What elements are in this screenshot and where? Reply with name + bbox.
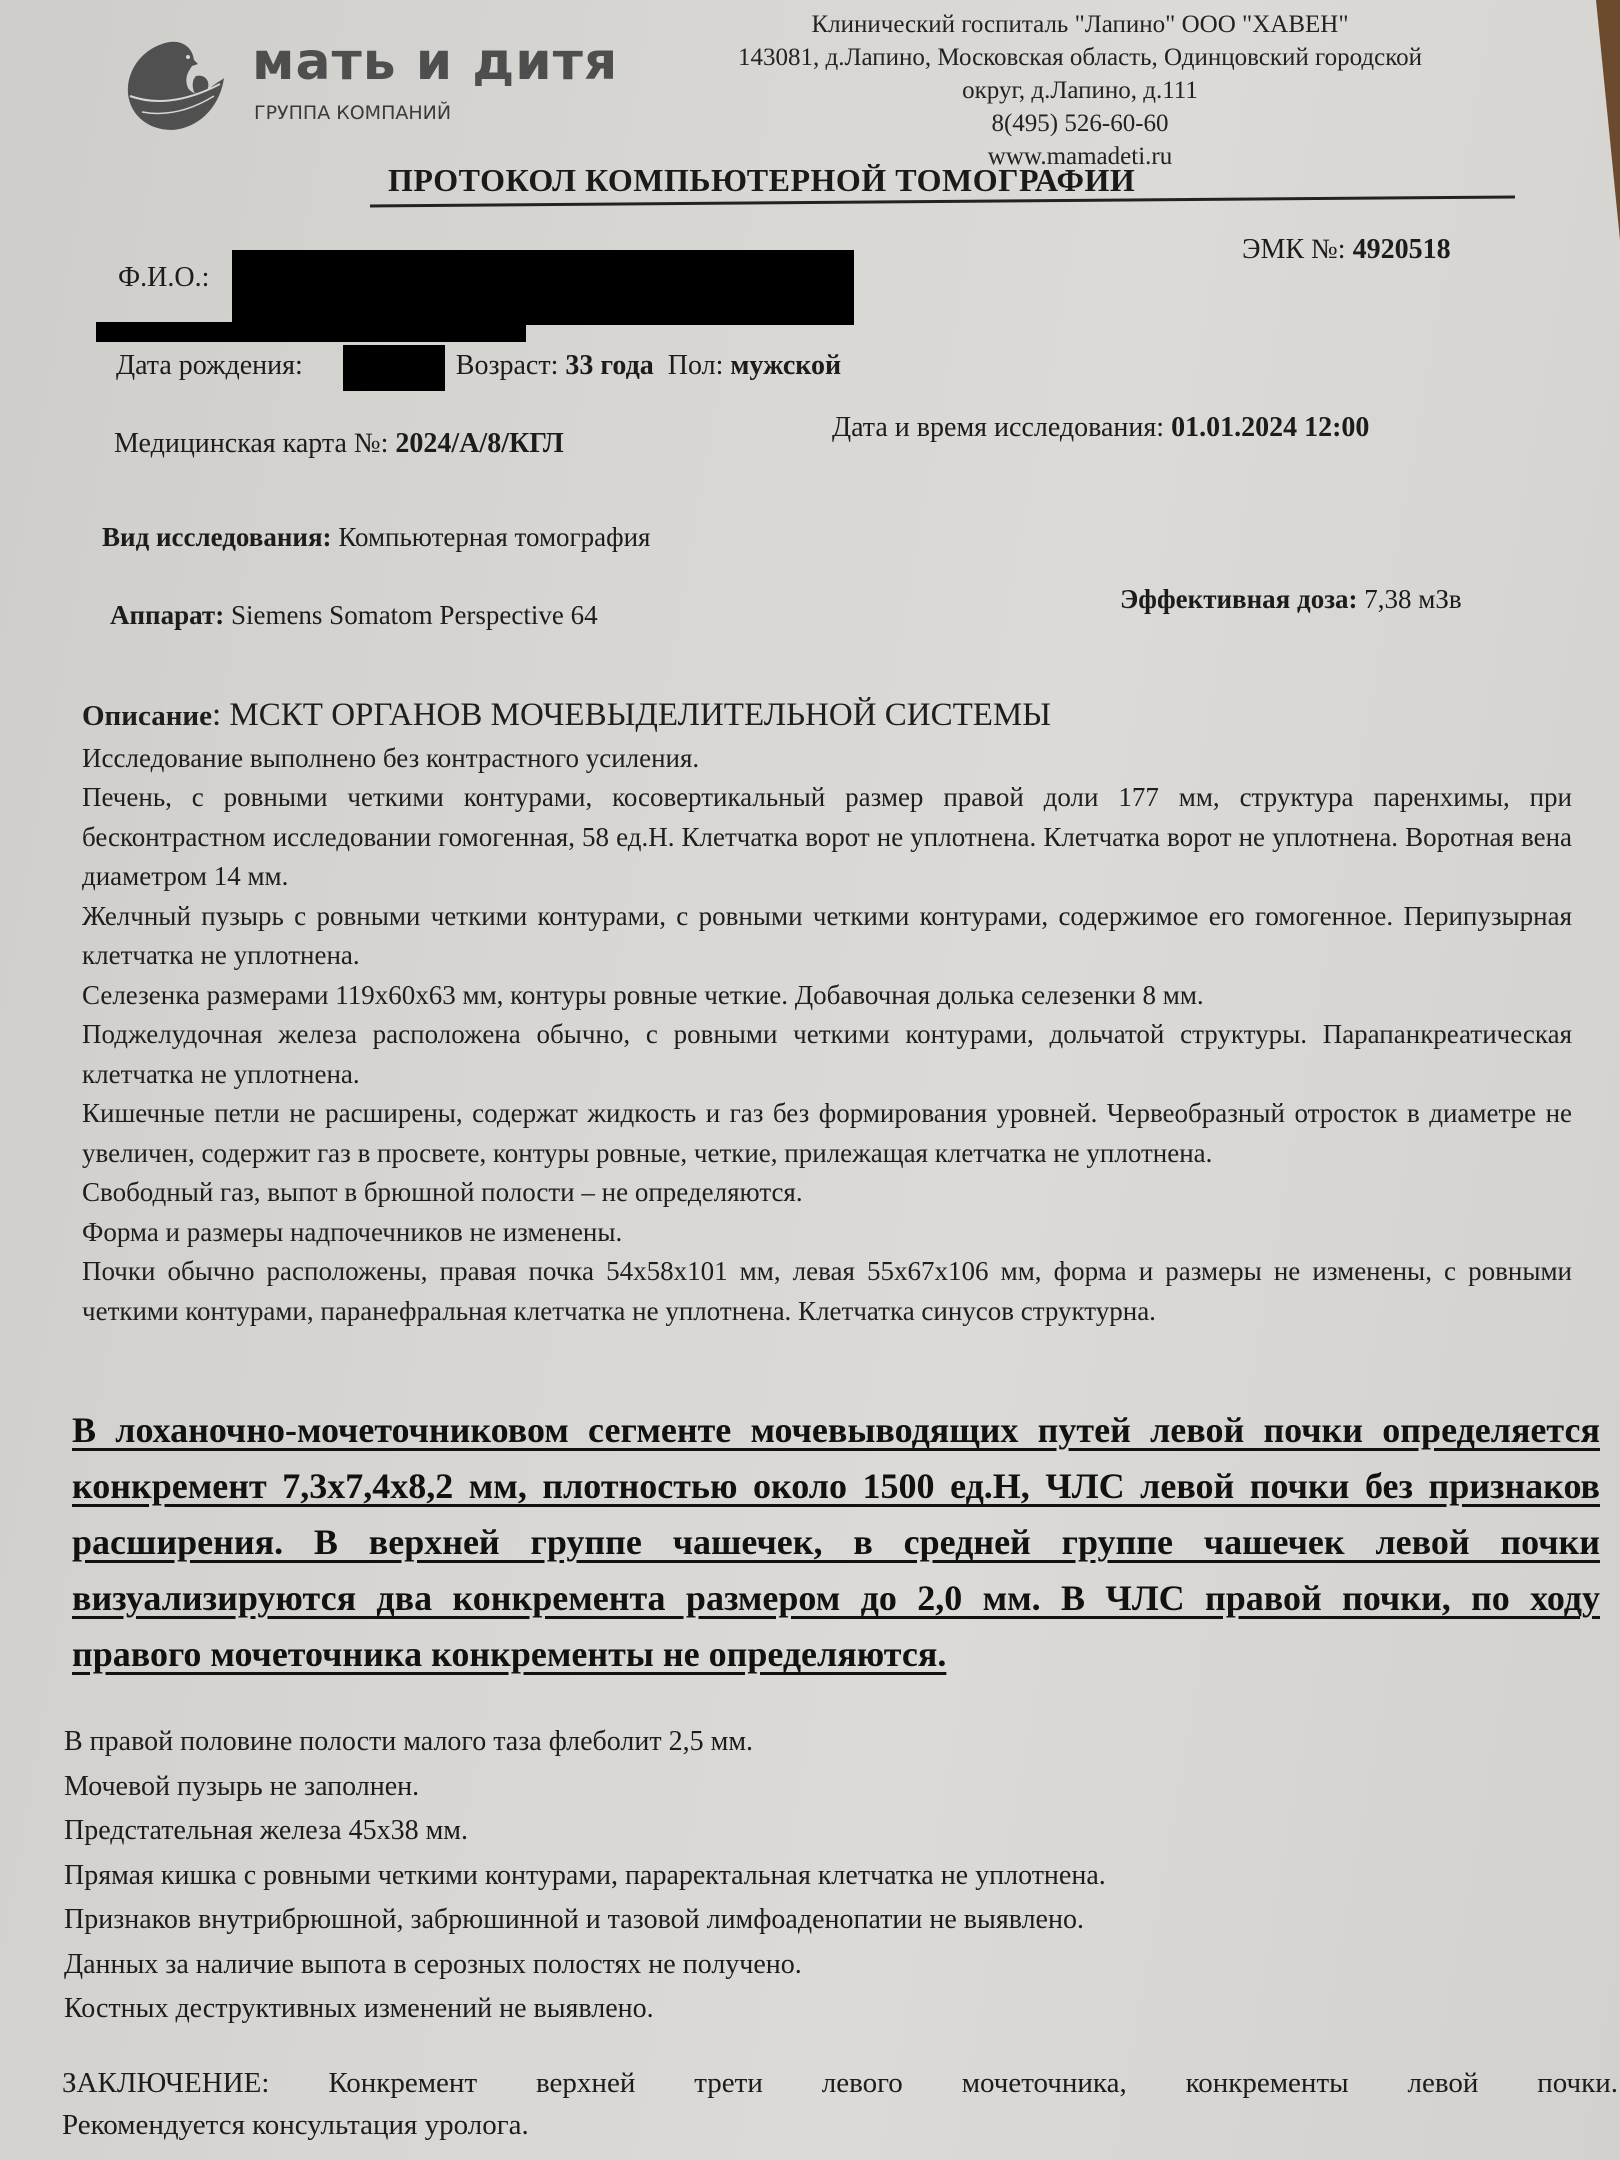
age-value: 33 года [565,350,653,381]
exam-type-label: Вид исследования: [102,522,332,552]
description-paragraph: Исследование выполнено без контрастного … [82,739,1572,779]
dose-value: 7,38 мЗв [1364,584,1461,614]
tail-line: Предстательная железа 45x38 мм. [64,1809,1604,1854]
description-paragraph: Свободный газ, выпот в брюшной полости –… [82,1173,1572,1213]
highlighted-finding: В лоханочно-мочеточниковом сегменте моче… [72,1402,1600,1682]
description-paragraph: Поджелудочная железа расположена обычно,… [82,1015,1572,1094]
conclusion-recommendation: Рекомендуется консультация уролога. [62,2104,1618,2146]
conclusion-label: ЗАКЛЮЧЕНИЕ: [62,2067,269,2099]
description-paragraph: Желчный пузырь с ровными четкими контура… [82,897,1572,976]
hospital-address-line2: округ, д.Лапино, д.111 [680,74,1480,107]
hospital-info: Клинический госпиталь "Лапино" ООО "ХАВЕ… [680,8,1480,173]
tail-line: В правой половине полости малого таза фл… [64,1720,1604,1765]
emk-field: ЭМК №: 4920518 [1242,234,1451,266]
device-value: Siemens Somatom Perspective 64 [231,600,598,630]
exam-datetime-label: Дата и время исследования: [832,412,1164,443]
hospital-address-line1: 143081, д.Лапино, Московская область, Од… [680,41,1480,74]
emk-value: 4920518 [1353,234,1451,265]
card-value: 2024/А/8/КГЛ [395,428,563,459]
dose-field: Эффективная доза: 7,38 мЗв [1120,584,1462,615]
description-label: Описание [82,700,212,732]
hospital-phone: 8(495) 526-60-60 [680,107,1480,140]
patient-name-label: Ф.И.О.: [118,262,209,294]
brand-name: мать и дитя [252,36,618,88]
hospital-name: Клинический госпиталь "Лапино" ООО "ХАВЕ… [680,8,1480,41]
description-paragraph: Селезенка размерами 119x60x63 мм, контур… [82,976,1572,1016]
tail-line: Данных за наличие выпота в серозных поло… [64,1943,1604,1988]
dose-label: Эффективная доза: [1120,584,1358,614]
birth-label: Дата рождения: [116,350,303,381]
exam-type-value: Компьютерная томография [338,522,650,552]
redaction-name [232,250,854,325]
brand-subtitle: ГРУППА КОМПАНИЙ [254,102,618,124]
brand-logo: мать и дитя ГРУППА КОМПАНИЙ [122,36,618,134]
description-paragraph: Кишечные петли не расширены, содержат жи… [82,1094,1572,1173]
exam-type-field: Вид исследования: Компьютерная томографи… [102,522,650,553]
description-paragraph: Печень, с ровными четкими контурами, кос… [82,778,1572,897]
sex-label: Пол: [668,350,724,381]
exam-datetime-value: 01.01.2024 12:00 [1171,412,1369,443]
card-label: Медицинская карта №: [114,428,388,459]
exam-datetime-field: Дата и время исследования: 01.01.2024 12… [832,412,1369,444]
medical-card-field: Медицинская карта №: 2024/А/8/КГЛ [114,428,564,460]
tail-line: Костных деструктивных изменений не выявл… [64,1987,1604,2032]
description-title: МСКТ ОРГАНОВ МОЧЕВЫДЕЛИТЕЛЬНОЙ СИСТЕМЫ [229,697,1051,733]
redaction-birth-date [343,345,445,391]
description-section: Описание: МСКТ ОРГАНОВ МОЧЕВЫДЕЛИТЕЛЬНОЙ… [82,696,1572,1331]
description-paragraph: Почки обычно расположены, правая почка 5… [82,1252,1572,1331]
mother-and-child-birds-icon [122,36,226,134]
redaction-name-2 [96,322,526,342]
highlighted-finding-text: В лоханочно-мочеточниковом сегменте моче… [72,1410,1600,1674]
tail-line: Признаков внутрибрюшной, забрюшинной и т… [64,1898,1604,1943]
device-field: Аппарат: Siemens Somatom Perspective 64 [110,600,598,631]
description-paragraph: Форма и размеры надпочечников не изменен… [82,1213,1572,1253]
description-heading: Описание: МСКТ ОРГАНОВ МОЧЕВЫДЕЛИТЕЛЬНОЙ… [82,696,1572,737]
description-tail: В правой половине полости малого таза фл… [64,1720,1604,2032]
sex-value: мужской [730,350,841,381]
conclusion-section: ЗАКЛЮЧЕНИЕ: Конкремент верхней трети лев… [62,2062,1618,2146]
device-label: Аппарат: [110,600,224,630]
age-label: Возраст: [456,350,559,381]
paper-sheet: мать и дитя ГРУППА КОМПАНИЙ Клинический … [0,0,1620,2160]
tail-line: Мочевой пузырь не заполнен. [64,1765,1604,1810]
birth-age-sex-row: Дата рождения:1990 Возраст: 33 года Пол:… [116,350,841,382]
emk-label: ЭМК №: [1242,234,1346,265]
document-title: ПРОТОКОЛ КОМПЬЮТЕРНОЙ ТОМОГРАФИИ [388,162,1135,199]
tail-line: Прямая кишка с ровными четкими контурами… [64,1854,1604,1899]
conclusion-text: Конкремент верхней трети левого мочеточн… [328,2067,1618,2099]
